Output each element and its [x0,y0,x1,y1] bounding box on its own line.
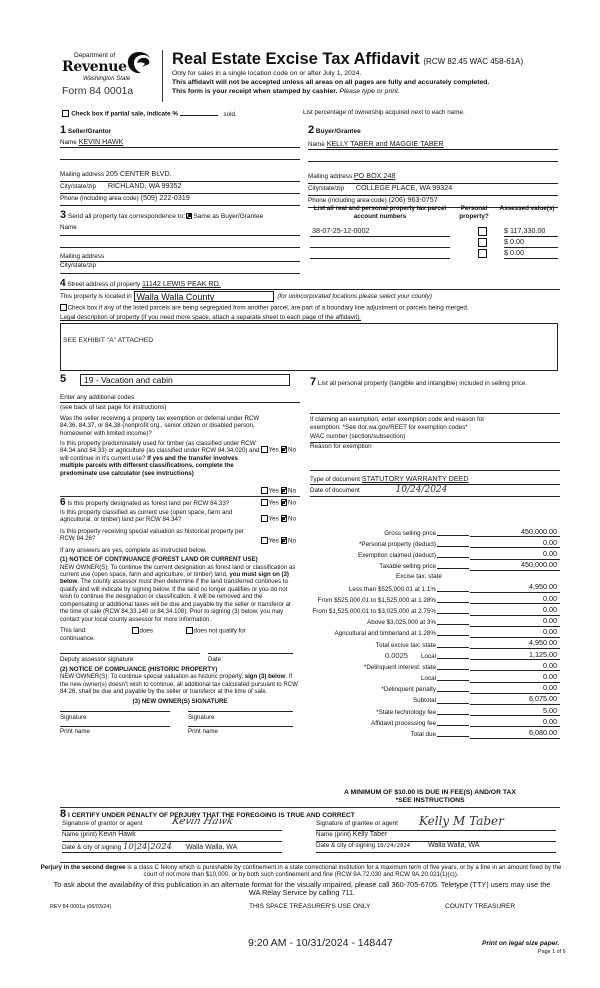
document-date-field[interactable]: Date of document 10/24/2024 [310,485,560,497]
timber-question: Is this property predominately used for … [60,440,260,477]
header-divider [162,50,163,102]
partial-sale-checkbox[interactable] [62,110,69,117]
tax-line: From $1,525,000.01 to $3,025,000 at 2.75… [310,604,560,615]
current-use-answer: Yes No [261,515,296,523]
seller-name-line-2[interactable] [60,148,300,160]
deputy-assessor-row: Deputy assessor signature Date [60,648,300,666]
owner2-print-name-field[interactable] [188,726,293,727]
grantor-name-field[interactable]: Name (print) Kevin Hawk [62,831,282,842]
new-owner-sig-rows: Signature Signature Print name Print nam… [60,705,300,735]
use-code-row: 5 19 - Vacation and cabin [60,373,300,386]
personal-property-checkbox[interactable] [478,238,487,247]
correspondence-section: 3 Send all property tax correspondence t… [60,209,300,274]
tax-line: Agricultural and timberland at 1.28%0.00 [310,627,560,638]
new-owner-sig-title: (3) NEW OWNER(S) SIGNATURE [60,698,300,705]
header-line-3: This form is your receipt when stamped b… [172,88,400,96]
correspondence-name-line-2[interactable] [60,236,300,248]
tax-line: *Personal property (deduct)0.00 [310,537,560,548]
tax-line: Subtotal6,075.00 [310,694,560,705]
personal-property-checkbox[interactable] [478,227,487,236]
does-not-qualify-checkbox[interactable] [186,627,193,634]
buyer-section: 2 Buyer/Grantee Name KELLY TABER and MAG… [308,124,558,208]
legal-description-label: Legal description of property (if you ne… [60,314,560,322]
current-use-question: Is this property classified as current u… [60,509,260,524]
correspondence-city-field[interactable]: City/state/zip [60,262,300,274]
tax-amount-field[interactable]: 0.00 [470,628,560,638]
dor-logo: Department of Revenue Washington State F… [60,50,160,102]
tax-calculation: Gross selling price450,000.00*Personal p… [310,526,560,739]
tax-amount-field[interactable]: 0.00 [470,606,560,616]
buyer-mailing-field[interactable]: Mailing address PO BOX 248 [308,162,558,184]
wa-logo-icon [126,51,151,75]
additional-codes-field[interactable]: Enter any additional codes [60,394,300,403]
notice1-title: (1) NOTICE OF CONTINUANCE (FOREST LAND O… [60,556,300,563]
grantee-signature-field[interactable]: Signature of grantee or agentKelly M Tab… [316,820,556,831]
header-line-2: This affidavit will not be accepted unle… [172,79,489,87]
exemption-note-b: exemption. *See dor.wa.gov/REET for exem… [310,424,560,432]
seller-section: 1 Seller/Grantor Name KEVIN HAWK Mailing… [60,124,300,206]
tax-line: Exemption claimed (deduct)0.00 [310,548,560,559]
tax-amount-field[interactable]: 0.00 [470,684,560,694]
document-type-field[interactable]: Type of document STATUTORY WARRANTY DEED [310,471,560,485]
q1-yes-checkbox[interactable] [261,446,268,453]
notice2-body: NEW OWNER(S): To continue special valuat… [60,673,300,695]
tax-amount-field[interactable]: 0.00 [470,539,560,549]
parcel-col-header-assessed: Assessed value(s) [497,205,557,213]
forest-yes-checkbox[interactable] [261,499,268,506]
print-legal-note: Print on legal size paper. [482,940,559,948]
notice2-title: (2) NOTICE OF COMPLIANCE (HISTORIC PROPE… [60,666,300,673]
tax-amount-field[interactable]: 4,950.00 [470,583,560,593]
correspondence-name-field[interactable]: Name [60,224,300,236]
revision-label: REV 84 0001a (06/03/24) [50,904,111,910]
historic-answer: Yes No [261,537,296,545]
buyer-name-field[interactable]: Name KELLY TABER and MAGGIE TABER [308,140,558,150]
tax-line: From $525,000.01 to $1,525,000 at 1.28%0… [310,593,560,604]
buyer-heading: 2 Buyer/Grantee [308,124,558,137]
tax-amount-field[interactable]: 0.00 [470,662,560,672]
tax-amount-field[interactable]: 450,000.00 [470,528,560,538]
tax-line: Affidavit processing fee0.00 [310,716,560,727]
q1-no-checkbox[interactable] [281,446,288,453]
parcel-number-field[interactable] [310,238,450,248]
parcel-col-header-numbers: List all real and personal property tax … [310,205,450,220]
tax-amount-field[interactable]: 1,125.00 [470,651,560,661]
tax-line: Above $3,025,000 at 3%0.00 [310,616,560,627]
local-rate: 0.0025 [385,651,408,660]
correspondence-mailing-field[interactable]: Mailing address [60,248,300,262]
historic-yes-checkbox[interactable] [261,537,268,544]
county-row: This property is located in Walla Walla … [60,291,560,303]
header-line-1: Only for sales in a single location code… [172,70,361,78]
use-code-select[interactable]: 19 - Vacation and cabin [80,374,290,386]
grantor-block: Signature of grantor or agentKevin Hawk … [62,820,282,853]
personal-property-field[interactable] [310,388,560,414]
tax-line: Local0.00 [310,671,560,682]
assessed-value-field[interactable]: $ 0.00 [504,249,558,259]
seller-exemption-question: Was the seller receiving a property tax … [60,415,260,437]
reason-label: Reason for exemption [310,443,560,451]
historic-question: Is this property receiving special valua… [60,528,250,543]
legal-description-field[interactable]: SEE EXHIBIT "A" ATTACHED [60,323,558,371]
section6: 6 Is this property designated as forest … [60,497,300,735]
personal-property-label: 7 List all personal property (tangible a… [310,376,560,388]
reason-field[interactable] [310,451,560,471]
deputy-date-field[interactable] [208,653,293,654]
tax-amount-field[interactable]: 6,075.00 [470,695,560,705]
section7: 7 List all personal property (tangible a… [310,376,560,497]
seller-name-field[interactable]: Name KEVIN HAWK [60,138,300,148]
minimum-due-note: A MINIMUM OF $10.00 IS DUE IN FEE(S) AND… [300,789,560,797]
tax-amount-field[interactable]: 0.00 [470,673,560,683]
washington-state-label: Washington State [83,76,130,83]
seller-heading: 1 Seller/Grantor [60,124,300,137]
tax-line: Total excise tax: state4,950.00 [310,638,560,649]
tax-amount-field[interactable]: 0.00 [470,595,560,605]
excise-tax-heading: Excise tax: state [310,571,560,582]
timber-answer: Yes No [261,487,296,495]
owner2-signature-field[interactable] [188,711,293,712]
partial-sale-percent-field[interactable] [180,115,218,116]
parcel-number-field[interactable]: 38-07-25-12-0002 [310,227,450,237]
grantee-block: Signature of grantee or agentKelly M Tab… [316,820,556,853]
buyer-name-line-2[interactable] [308,150,558,162]
tax-amount-field[interactable]: 5.00 [470,707,560,717]
historic-no-checkbox[interactable] [281,537,288,544]
partial-sale-row: Check box if partial sale, indicate % so… [62,110,237,118]
tax-amount-field[interactable]: 450,000.00 [470,561,560,571]
parcel-table: 38-07-25-12-0002$ 117,330.00$ 0.00$ 0.00 [310,227,560,260]
grantor-date-field[interactable]: Date & city of signing 10|24|2024Walla W… [62,842,282,853]
same-as-buyer-checkbox[interactable] [186,213,193,220]
if-yes-note: If any answers are yes, complete as inst… [60,547,300,554]
assessed-value-field[interactable]: $ 117,330.00 [504,227,558,237]
assessed-value-field[interactable]: $ 0.00 [504,238,558,248]
tax-line: Total due6,080.00 [310,727,560,738]
footer-rule [60,862,560,863]
section5: 5 19 - Vacation and cabin Enter any addi… [60,373,300,477]
seller-exemption-answer: Yes No [261,446,296,454]
tax-line: *Delinquent interest: state0.00 [310,660,560,671]
tax-line: *Delinquent penalty0.00 [310,683,560,694]
tax-amount-field[interactable]: 0.00 [470,617,560,627]
grantee-date-field[interactable]: Date & city of signing 10/24/2024Walla W… [316,842,556,853]
county-treasurer-label: COUNTY TREASURER [445,903,515,911]
alt-format-notice: To ask about the availability of this pu… [52,881,552,897]
page-number: Page 1 of 6 [538,949,566,955]
recording-stamp: 9:20 AM - 10/31/2024 - 148447 [248,937,393,950]
treasurer-use-label: THIS SPACE TREASURER'S USE ONLY [249,903,370,911]
q2-yes-checkbox[interactable] [261,487,268,494]
tax-line: Gross selling price450,000.00 [310,526,560,537]
tax-amount-field[interactable]: 6,080.00 [470,729,560,739]
current-use-no-checkbox[interactable] [281,515,288,522]
street-address-field[interactable]: 4 Street address of property 11142 LEWIS… [60,278,560,290]
parcel-row: $ 0.00 [310,249,560,260]
segregated-row: Check box if any of the listed parcels a… [60,304,560,312]
forest-no-checkbox[interactable] [281,499,288,506]
deputy-signature-field[interactable] [60,653,200,654]
wac-number-field[interactable]: WAC number (section/subsection) [310,433,560,443]
tax-amount-field[interactable]: 4,950.00 [470,639,560,649]
county-select[interactable]: Walla Walla County [134,291,274,302]
property-section: 4 Street address of property 11142 LEWIS… [60,278,560,371]
parcel-number-field[interactable] [310,249,450,259]
tax-line: Local1,125.000.0025 [310,649,560,660]
correspondence-heading: 3 Send all property tax correspondence t… [60,209,300,222]
grantor-signature-field[interactable]: Signature of grantor or agentKevin Hawk [62,820,282,831]
revenue-wordmark: Revenue [62,59,127,76]
ownership-note: List percentage of ownership acquired ne… [303,109,465,117]
perjury-notice: Perjury in the second degree is a class … [36,864,566,878]
grantee-name-field[interactable]: Name (print) Kelly Taber [316,831,556,842]
notice1-body: NEW OWNER(S): To continue the current de… [60,564,300,623]
exemption-note-a: If claiming an exemption, enter exemptio… [310,416,560,424]
form-number: Form 84 0001a [62,85,133,98]
tax-line: *State technology fee5.00 [310,705,560,716]
tax-line: Less than $525,000.01 at 1.1%4,950.00 [310,582,560,593]
current-use-yes-checkbox[interactable] [261,515,268,522]
tax-line: Taxable selling price450,000.00 [310,560,560,571]
segregated-checkbox[interactable] [60,304,67,311]
owner1-print-name-field[interactable] [60,726,170,727]
owner1-signature-field[interactable] [60,711,170,712]
land-qualify-row: This land: does does not qualify for con… [60,627,300,644]
page-title: Real Estate Excise Tax Affidavit (RCW 82… [172,50,523,70]
does-qualify-checkbox[interactable] [132,627,139,634]
parcel-col-header-personal: Personal property? [455,205,493,220]
personal-property-checkbox[interactable] [478,249,487,258]
forest-land-answer: Yes No [261,499,296,507]
additional-codes-note: (see back of last page for instructions) [60,404,300,412]
seller-phone-field[interactable]: Phone (including area code) (509) 222-03… [60,194,300,206]
see-instructions-note: *SEE INSTRUCTIONS [300,797,560,805]
q2-no-checkbox[interactable] [281,487,288,494]
tax-amount-field[interactable]: 0.00 [470,718,560,728]
seller-mailing-field[interactable]: Mailing address 205 CENTER BLVD. [60,160,300,182]
tax-amount-field[interactable]: 0.00 [470,550,560,560]
